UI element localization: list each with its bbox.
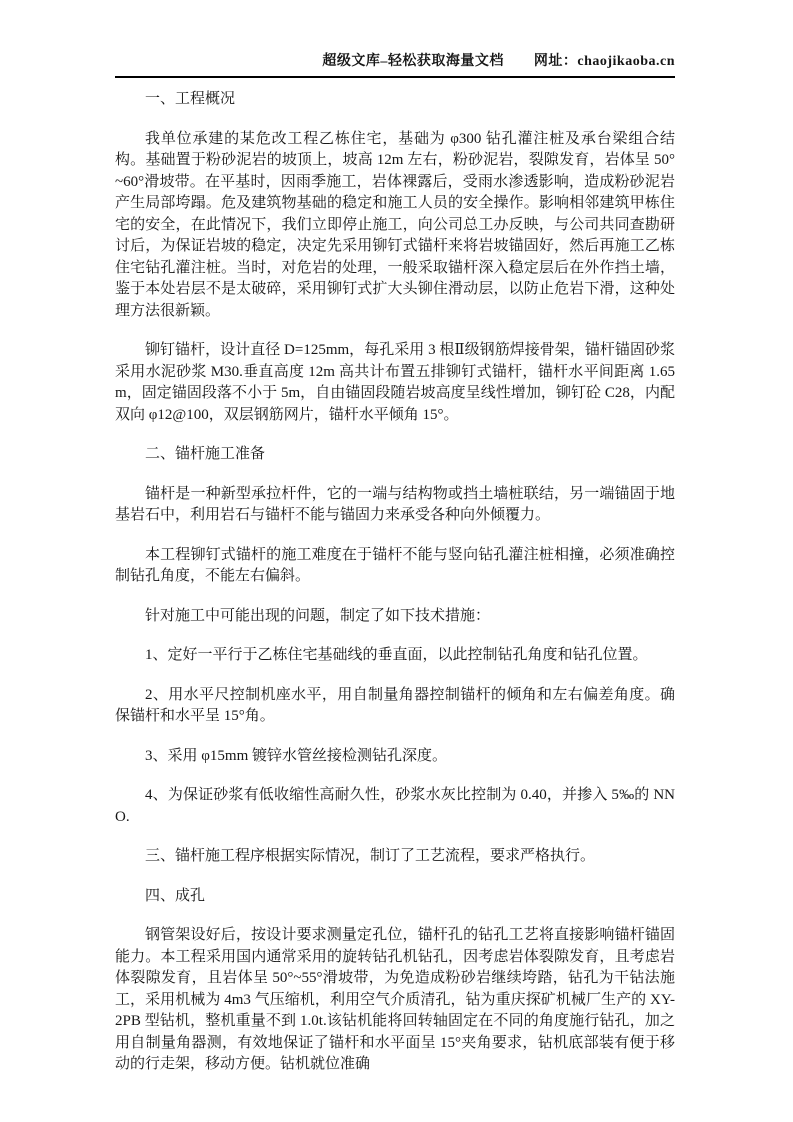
- paragraph: 我单位承建的某危改工程乙栋住宅，基础为 φ300 钻孔灌注桩及承台梁组合结构。基…: [115, 129, 675, 323]
- paragraph: 钢管架设好后，按设计要求测量定孔位，锚杆孔的钻孔工艺将直接影响锚杆锚固能力。本工…: [115, 925, 675, 1076]
- paragraph: 2、用水平尺控制机座水平，用自制量角器控制锚杆的倾角和左右偏差角度。确保锚杆和水…: [115, 685, 675, 728]
- header-brand: 超级文库–轻松获取海量文档: [322, 50, 504, 70]
- header-url-label: 网址：: [534, 54, 578, 69]
- paragraph: 本工程铆钉式锚杆的施工难度在于锚杆不能与竖向钻孔灌注桩相撞，必须准确控制钻孔角度…: [115, 545, 675, 588]
- section-heading: 一、工程概况: [115, 89, 675, 111]
- document-page: 超级文库–轻松获取海量文档 网址：chaojikaoba.cn 一、工程概况我单…: [0, 0, 793, 1122]
- header-url-group: 网址：chaojikaoba.cn: [534, 50, 675, 70]
- paragraph: 针对施工中可能出现的问题，制定了如下技术措施：: [115, 606, 675, 628]
- paragraph: 3、采用 φ15mm 镀锌水管丝接检测钻孔深度。: [115, 746, 675, 768]
- section-heading: 四、成孔: [115, 886, 675, 908]
- document-body: 一、工程概况我单位承建的某危改工程乙栋住宅，基础为 φ300 钻孔灌注桩及承台梁…: [115, 78, 675, 1076]
- section-heading: 二、锚杆施工准备: [115, 444, 675, 466]
- paragraph: 4、为保证砂浆有低收缩性高耐久性，砂浆水灰比控制为 0.40，并掺入 5‰的 N…: [115, 785, 675, 828]
- section-heading: 三、锚杆施工程序根据实际情况，制订了工艺流程，要求严格执行。: [115, 846, 675, 868]
- paragraph: 1、定好一平行于乙栋住宅基础线的垂直面，以此控制钻孔角度和钻孔位置。: [115, 645, 675, 667]
- paragraph: 锚杆是一种新型承拉杆件，它的一端与结构物或挡土墙桩联结，另一端锚固于地基岩石中，…: [115, 484, 675, 527]
- header-url: chaojikaoba.cn: [577, 54, 675, 69]
- paragraph: 铆钉锚杆，设计直径 D=125mm，每孔采用 3 根Ⅱ级钢筋焊接骨架，锚杆锚固砂…: [115, 340, 675, 426]
- site-header: 超级文库–轻松获取海量文档 网址：chaojikaoba.cn: [115, 50, 675, 78]
